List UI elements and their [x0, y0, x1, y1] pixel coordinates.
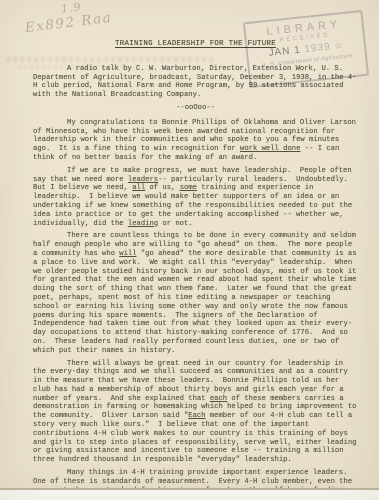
stamp-date-day: JAN 1: [268, 45, 301, 59]
stamp-date-year: 1939: [304, 41, 331, 55]
scan-edge-bottom: [0, 488, 379, 500]
star-icon: ☆: [334, 40, 344, 51]
scanned-document-page: 1.9 Ex892 Raa LIBRARY RECEIVED JAN 1 193…: [0, 0, 379, 500]
paragraph-progress: If we are to make progress, we must have…: [33, 167, 358, 229]
library-received-stamp: LIBRARY RECEIVED JAN 1 1939 ☆ U. S. Depa…: [243, 10, 369, 88]
paragraph-great-need: There will always be great need in our c…: [33, 360, 358, 466]
document-body: A radio talk by C. W. Warburton, Directo…: [33, 65, 358, 496]
paragraph-everyday-leadership: There are countless things to be done in…: [33, 232, 358, 355]
paragraph-congratulations: My congratulations to Bonnie Phillips of…: [33, 119, 358, 163]
separator: --ooOoo--: [33, 104, 358, 113]
